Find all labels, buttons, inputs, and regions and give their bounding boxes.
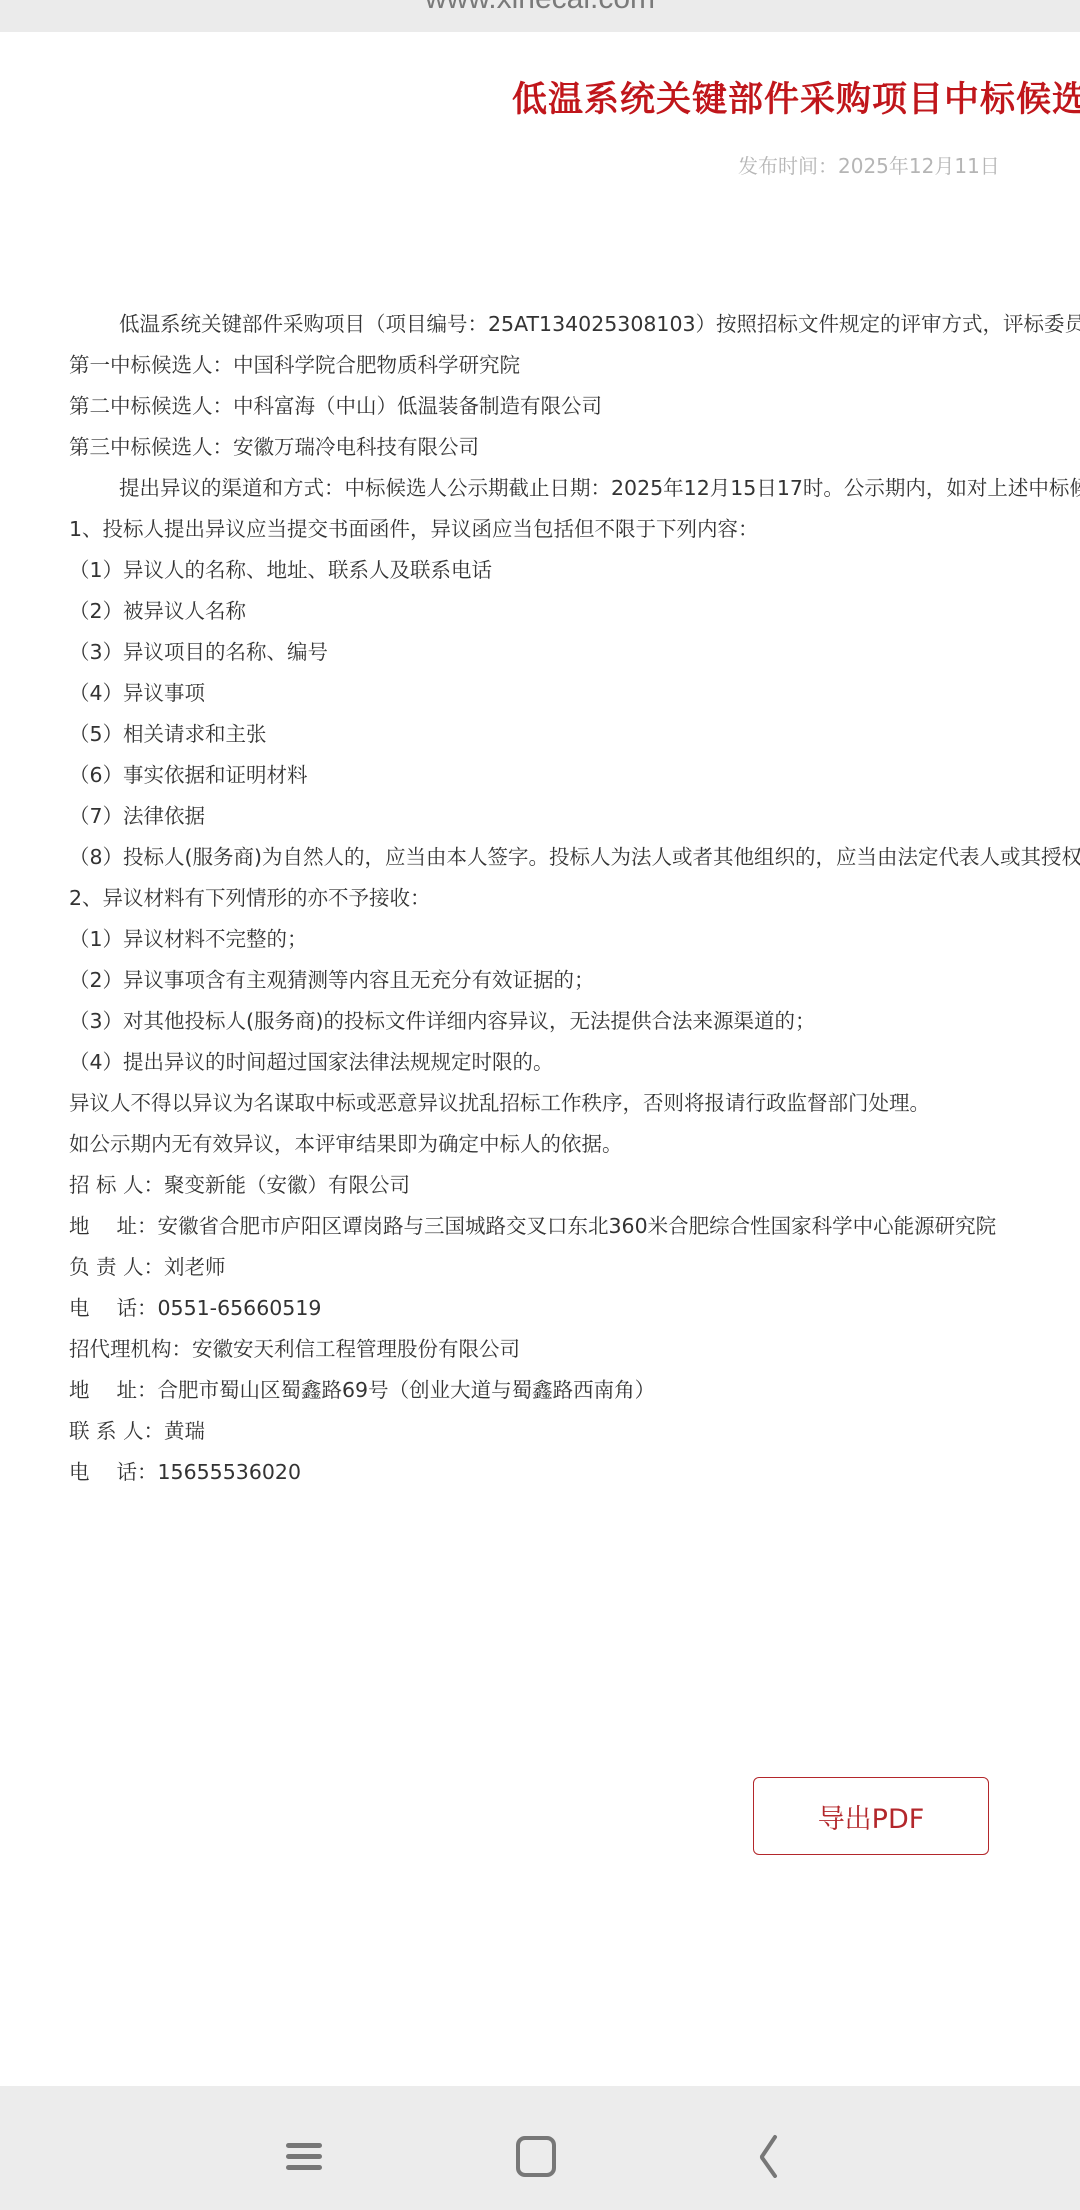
objection-requirement-heading: 1、投标人提出异议应当提交书面函件，异议函应当包括但不限于下列内容： [69, 509, 1080, 550]
publish-label: 发布时间： [738, 154, 838, 178]
candidate-second: 第二中标候选人：中科富海（中山）低温装备制造有限公司 [69, 386, 1080, 427]
tenderer-address: 地 址：安徽省合肥市庐阳区谭岗路与三国城路交叉口东北360米合肥综合性国家科学中… [69, 1206, 1080, 1247]
objection-channel: 提出异议的渠道和方式：中标候选人公示期截止日期：2025年12月15日17时。公… [69, 468, 1080, 509]
publish-date-value: 2025年12月11日 [838, 154, 1000, 178]
candidate-third: 第三中标候选人：安徽万瑞冷电科技有限公司 [69, 427, 1080, 468]
result-note: 如公示期内无有效异议，本评审结果即为确定中标人的依据。 [69, 1124, 1080, 1165]
list-item: （2）异议事项含有主观猜测等内容且无充分有效证据的； [69, 960, 1080, 1001]
article-body: 低温系统关键部件采购项目（项目编号：25AT134025308103）按照招标文… [69, 304, 1080, 1493]
agency-contact: 联 系 人：黄瑞 [69, 1411, 1080, 1452]
warning-text: 异议人不得以异议为名谋取中标或恶意异议扰乱招标工作秩序，否则将报请行政监督部门处… [69, 1083, 1080, 1124]
tenderer-phone: 电 话：0551-65660519 [69, 1288, 1080, 1329]
list-item: （8）投标人(服务商)为自然人的，应当由本人签字。投标人为法人或者其他组织的，应… [69, 837, 1080, 878]
home-button[interactable] [496, 2116, 576, 2196]
recent-apps-icon [284, 2136, 324, 2176]
system-nav-bar [0, 2086, 1080, 2210]
list-item: （5）相关请求和主张 [69, 714, 1080, 755]
list-item: （6）事实依据和证明材料 [69, 755, 1080, 796]
export-pdf-button[interactable]: 导出PDF [753, 1777, 989, 1855]
list-item: （4）提出异议的时间超过国家法律法规规定时限的。 [69, 1042, 1080, 1083]
agency-address: 地 址：合肥市蜀山区蜀鑫路69号（创业大道与蜀鑫路西南角） [69, 1370, 1080, 1411]
page-title: 低温系统关键部件采购项目中标候选人公示 [512, 72, 1080, 122]
home-icon [514, 2134, 558, 2178]
tenderer-contact: 负 责 人：刘老师 [69, 1247, 1080, 1288]
list-item: （7）法律依据 [69, 796, 1080, 837]
list-item: （4）异议事项 [69, 673, 1080, 714]
intro-paragraph: 低温系统关键部件采购项目（项目编号：25AT134025308103）按照招标文… [69, 304, 1080, 345]
rejection-heading: 2、异议材料有下列情形的亦不予接收： [69, 878, 1080, 919]
url-text[interactable]: www.xinecai.com [0, 0, 1080, 16]
back-icon [748, 2134, 788, 2178]
tenderer-name: 招 标 人：聚变新能（安徽）有限公司 [69, 1165, 1080, 1206]
agency-name: 招代理机构：安徽安天利信工程管理股份有限公司 [69, 1329, 1080, 1370]
list-item: （1）异议材料不完整的； [69, 919, 1080, 960]
recent-apps-button[interactable] [264, 2116, 344, 2196]
list-item: （1）异议人的名称、地址、联系人及联系电话 [69, 550, 1080, 591]
candidate-first: 第一中标候选人：中国科学院合肥物质科学研究院 [69, 345, 1080, 386]
list-item: （3）对其他投标人(服务商)的投标文件详细内容异议，无法提供合法来源渠道的； [69, 1001, 1080, 1042]
agency-phone: 电 话：15655536020 [69, 1452, 1080, 1493]
browser-url-bar[interactable]: www.xinecai.com [0, 0, 1080, 32]
back-button[interactable] [728, 2116, 808, 2196]
list-item: （2）被异议人名称 [69, 591, 1080, 632]
publish-date: 发布时间：2025年12月11日 [738, 150, 1000, 179]
list-item: （3）异议项目的名称、编号 [69, 632, 1080, 673]
